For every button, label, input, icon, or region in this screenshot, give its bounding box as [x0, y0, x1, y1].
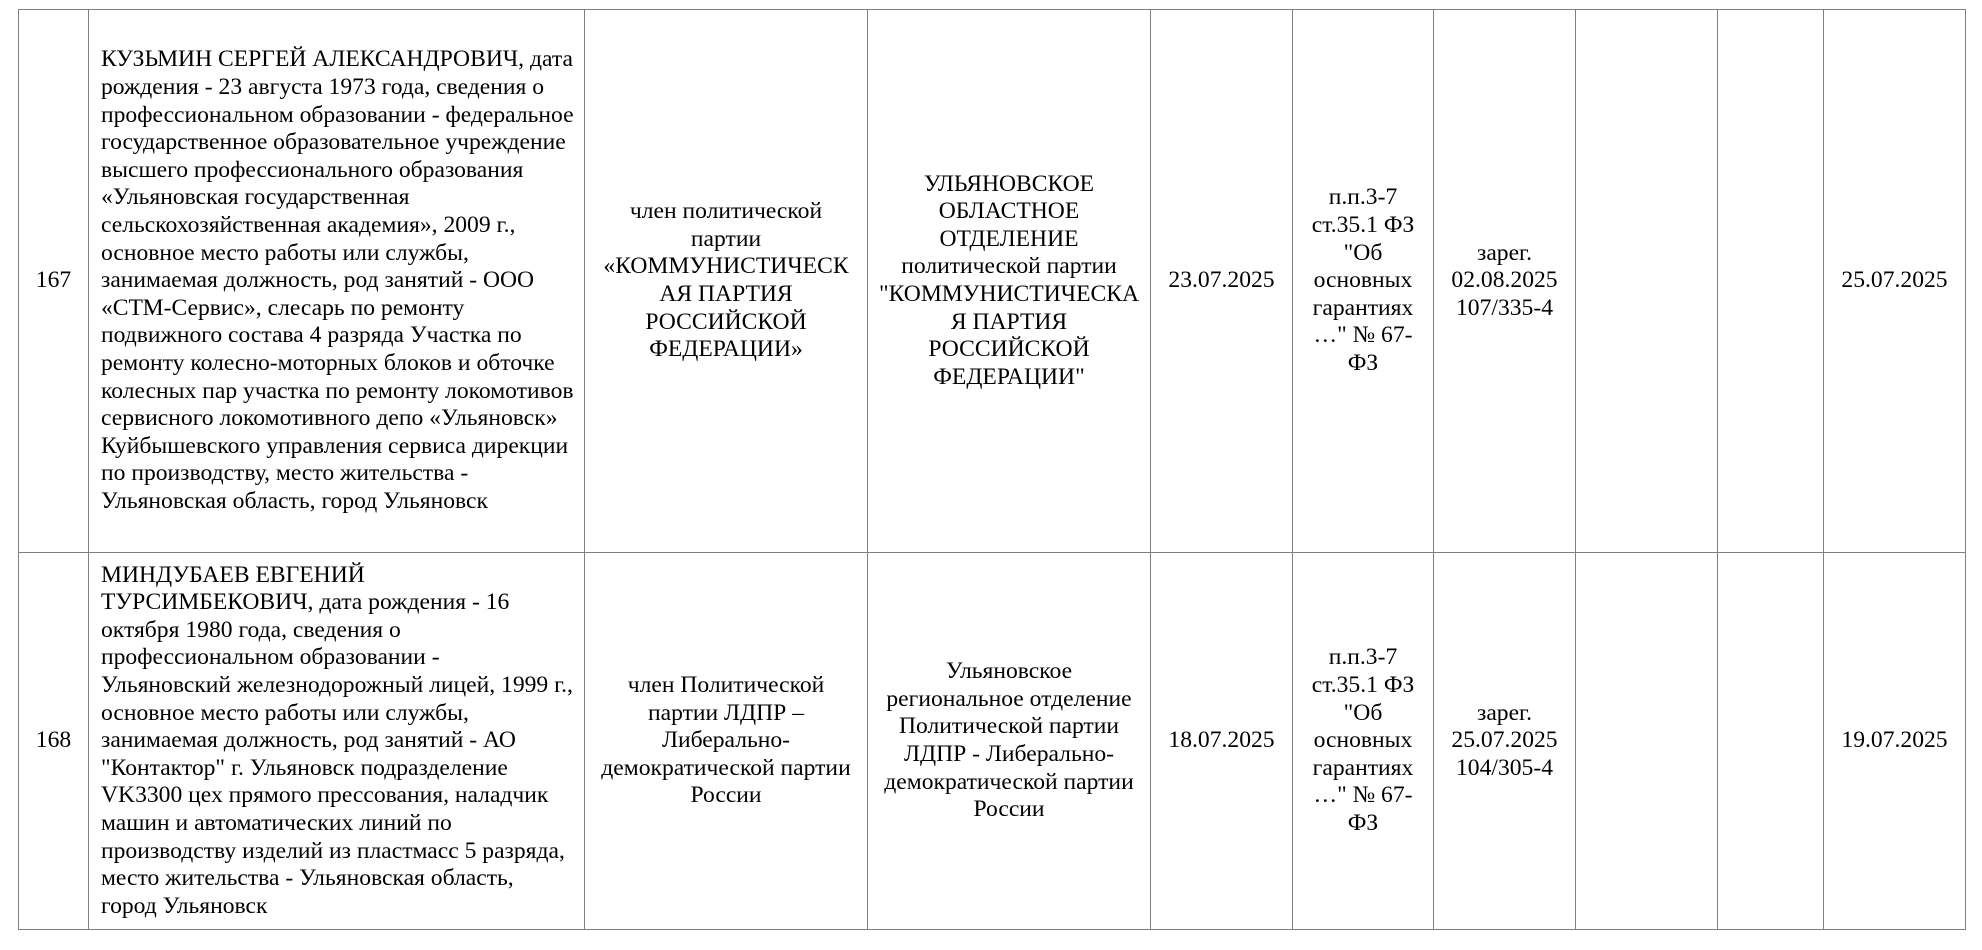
- nominating-body: Ульяновское региональное отделение Полит…: [868, 553, 1151, 930]
- candidate-info: КУЗЬМИН СЕРГЕЙ АЛЕКСАНДРОВИЧ, дата рожде…: [89, 10, 585, 553]
- legal-basis: п.п.3-7 ст.35.1 ФЗ "Об основных гарантия…: [1293, 553, 1434, 930]
- nomination-date: 23.07.2025: [1151, 10, 1293, 553]
- party-membership: член политической партии «КОММУНИСТИЧЕСК…: [585, 10, 868, 553]
- candidate-info: МИНДУБАЕВ ЕВГЕНИЙ ТУРСИМБЕКОВИЧ, дата ро…: [89, 553, 585, 930]
- registration-status: зарег. 02.08.2025 107/335-4: [1434, 10, 1576, 553]
- document-date: 19.07.2025: [1824, 553, 1966, 930]
- row-number: 167: [19, 10, 89, 553]
- table-row: 167 КУЗЬМИН СЕРГЕЙ АЛЕКСАНДРОВИЧ, дата р…: [19, 10, 1966, 553]
- legal-basis: п.п.3-7 ст.35.1 ФЗ "Об основных гарантия…: [1293, 10, 1434, 553]
- empty-cell: [1718, 10, 1824, 553]
- row-number: 168: [19, 553, 89, 930]
- table-row: 168 МИНДУБАЕВ ЕВГЕНИЙ ТУРСИМБЕКОВИЧ, дат…: [19, 553, 1966, 930]
- nomination-date: 18.07.2025: [1151, 553, 1293, 930]
- document-date: 25.07.2025: [1824, 10, 1966, 553]
- empty-cell: [1576, 10, 1718, 553]
- empty-cell: [1718, 553, 1824, 930]
- empty-cell: [1576, 553, 1718, 930]
- party-membership: член Политической партии ЛДПР – Либераль…: [585, 553, 868, 930]
- candidates-table: 167 КУЗЬМИН СЕРГЕЙ АЛЕКСАНДРОВИЧ, дата р…: [18, 9, 1966, 930]
- registration-status: зарег. 25.07.2025 104/305-4: [1434, 553, 1576, 930]
- nominating-body: УЛЬЯНОВСКОЕ ОБЛАСТНОЕ ОТДЕЛЕНИЕ политиче…: [868, 10, 1151, 553]
